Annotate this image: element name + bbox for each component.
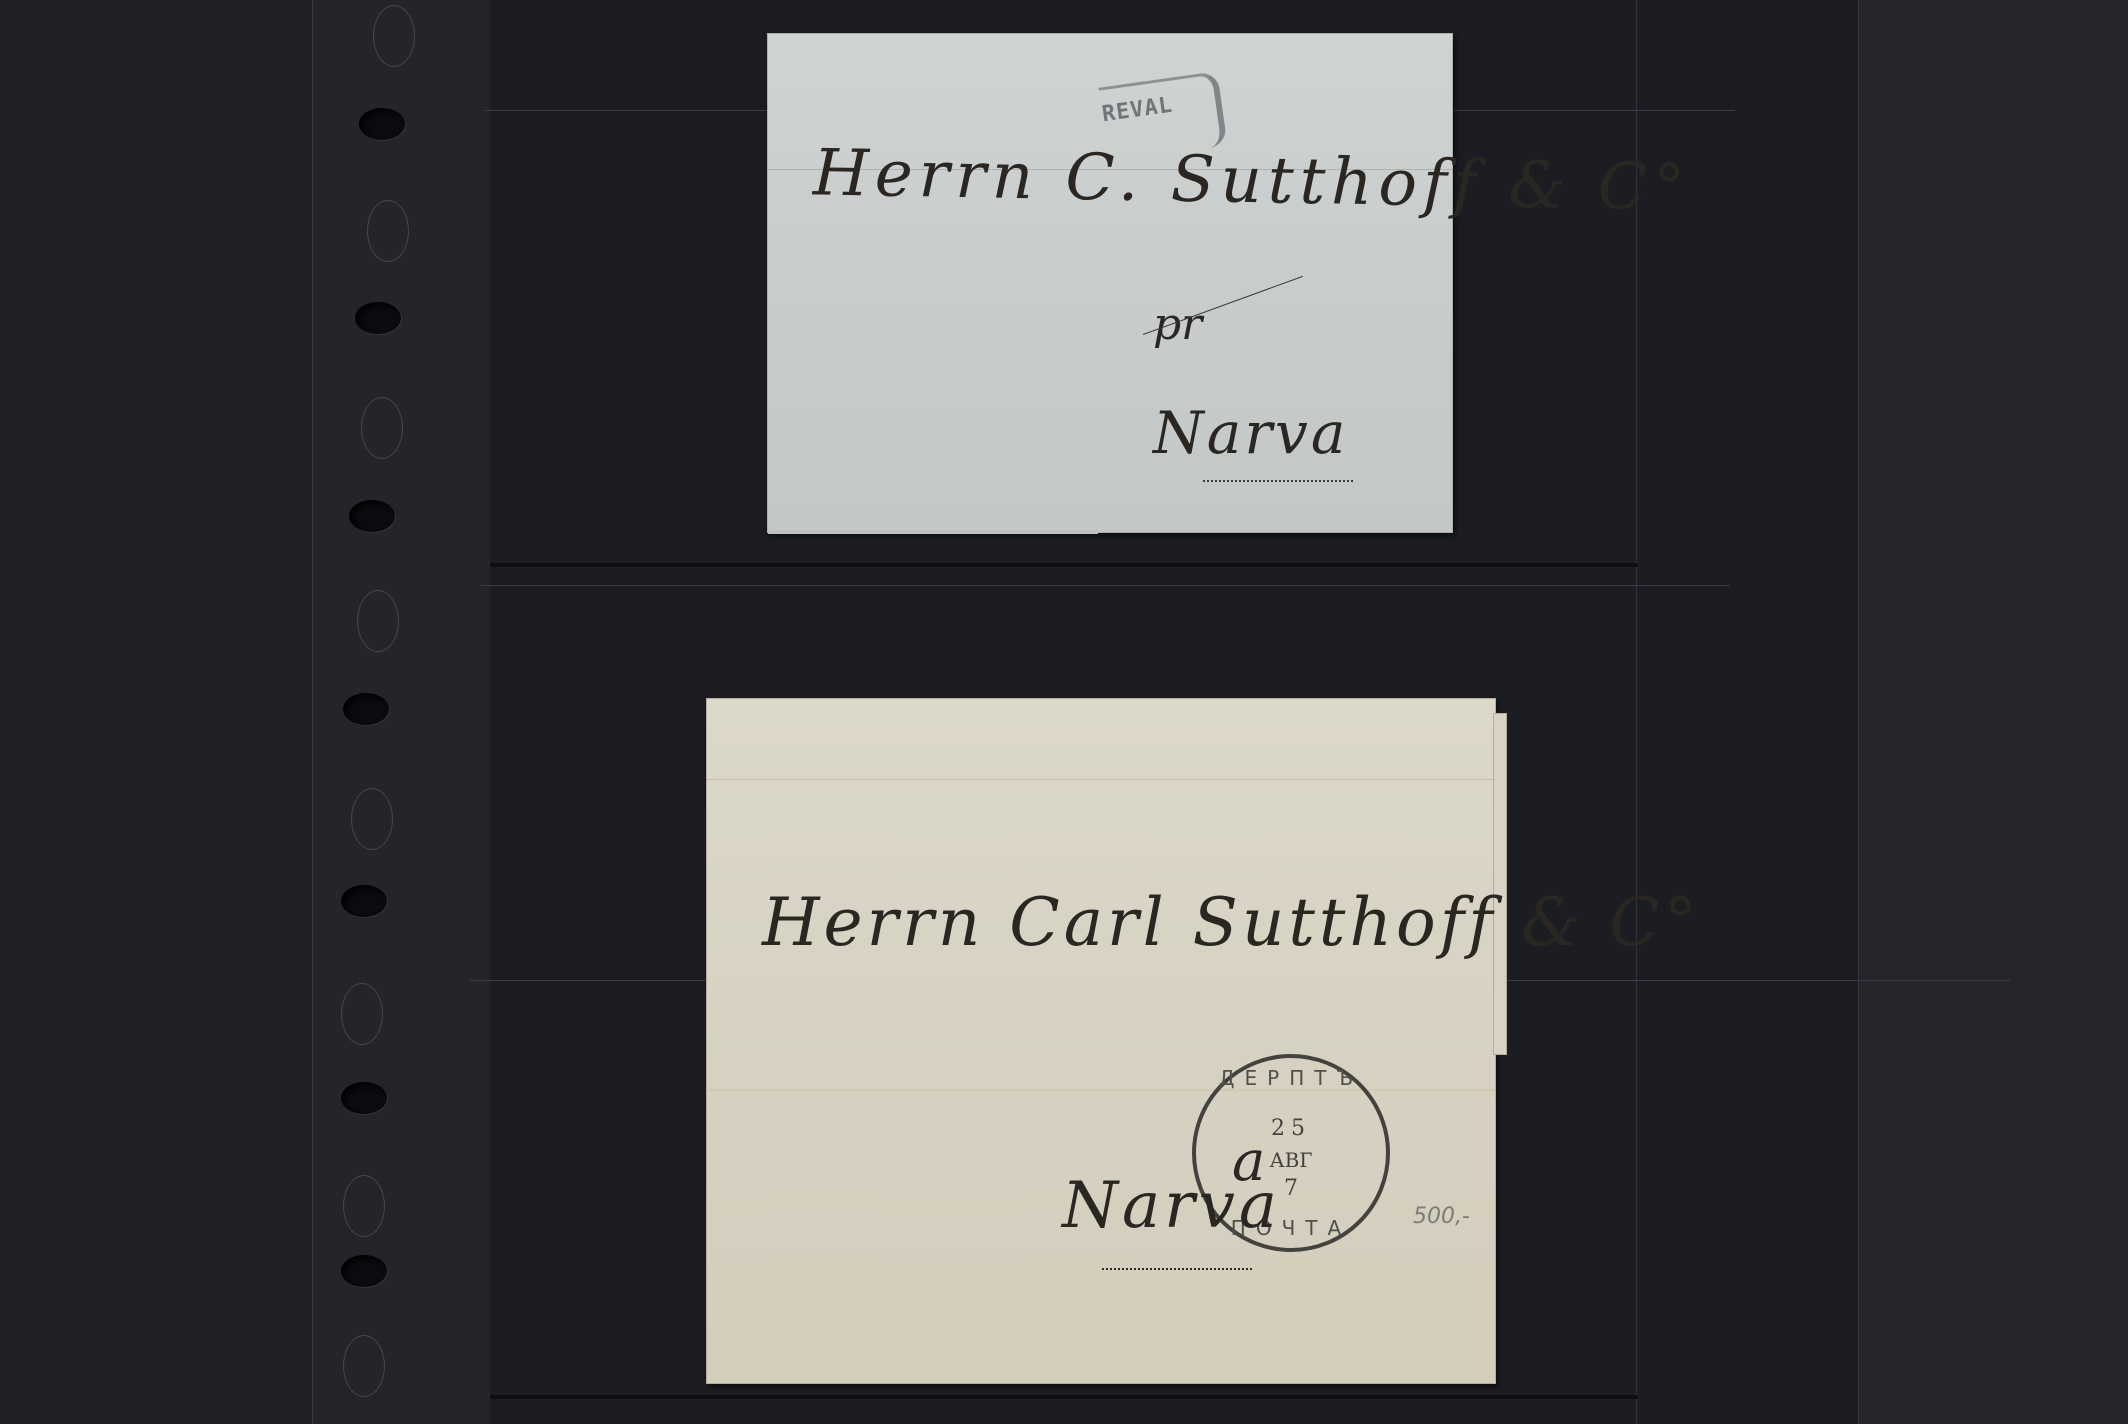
binder-hole-outline: [351, 788, 393, 850]
stock-page-right-margin: [1858, 0, 2128, 1424]
destination-underline: [1102, 1264, 1252, 1270]
binder-hole-strip: [312, 0, 492, 1424]
postal-cover-bottom: Herrn Carl Sutthoff & C° ДЕРПТЪ 25 АВГ 7…: [706, 698, 1496, 1384]
fold-edge: [768, 530, 1098, 534]
postmark-day: 25: [1196, 1116, 1386, 1141]
pocket-mid-edge: [480, 585, 1730, 586]
binder-hole-outline: [373, 5, 415, 67]
binder-hole: [341, 885, 387, 917]
destination-text: Narva: [1153, 399, 1348, 467]
pocket-strip-1: [490, 563, 1638, 567]
album-background: [0, 0, 320, 1424]
binder-hole: [341, 1255, 387, 1287]
addressee-text: Herrn C. Sutthoff & C°: [812, 136, 1691, 225]
binder-hole-outline: [343, 1175, 385, 1237]
binder-hole: [341, 1082, 387, 1114]
binder-hole: [349, 500, 395, 532]
binder-hole-outline: [357, 590, 399, 652]
binder-hole-outline: [367, 200, 409, 262]
routing-text: pr: [1153, 299, 1202, 350]
addressee-text: Herrn Carl Sutthoff & C°: [762, 884, 1701, 961]
postal-cover-top: REVAL Herrn C. Sutthoff & C° pr Narva: [767, 33, 1453, 533]
binder-hole-outline: [361, 397, 403, 459]
pencil-price-note: 500,-: [1413, 1204, 1470, 1229]
postmark-town: ДЕРПТЪ: [1196, 1066, 1386, 1090]
binder-hole: [343, 693, 389, 725]
destination-text: Narva: [1062, 1169, 1281, 1243]
destination-underline: [1203, 474, 1353, 482]
binder-hole-outline: [343, 1335, 385, 1397]
binder-hole: [359, 108, 405, 140]
pocket-strip-2: [490, 1395, 1638, 1399]
binder-hole: [355, 302, 401, 334]
fold-line: [707, 779, 1495, 780]
binder-hole-outline: [341, 983, 383, 1045]
